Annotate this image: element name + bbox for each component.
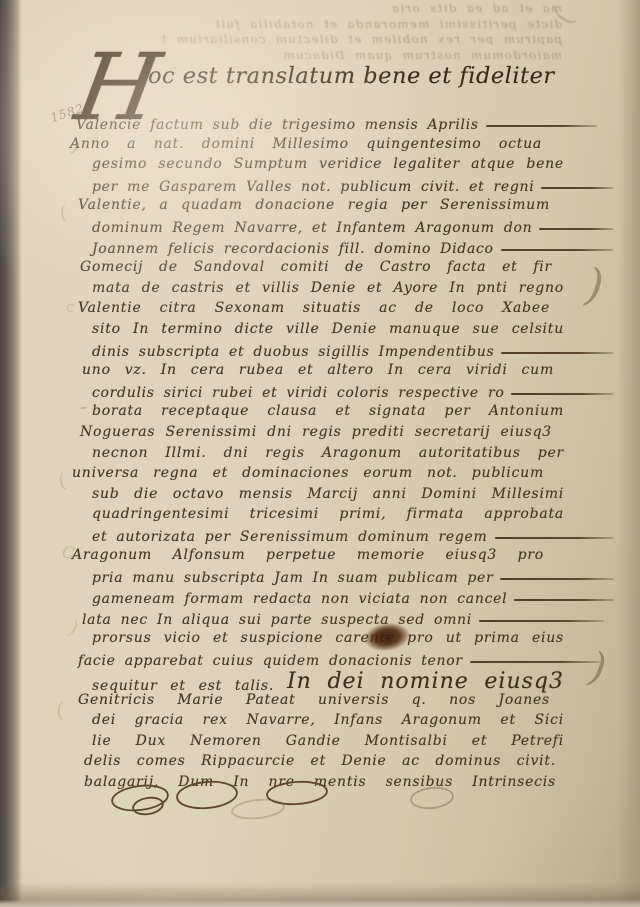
margin-flourish-mark: (: [55, 469, 69, 490]
manuscript-line: sequitur et est talis. In dei nomine eiu…: [92, 671, 564, 692]
manuscript-line: Valentie citra Sexonam situatis ac de lo…: [78, 300, 550, 321]
line-filler-stroke: [479, 620, 604, 622]
manuscript-line: per me Gasparem Valles not. publicum civ…: [92, 177, 614, 198]
page-right-edge: [618, 0, 640, 907]
line-filler-stroke: [501, 352, 614, 354]
manuscript-line: Joannem felicis recordacionis fill. domi…: [92, 239, 614, 260]
line-filler-stroke: [511, 393, 614, 395]
line-text: gameneam formam redacta non viciata non …: [92, 591, 507, 607]
line-filler-stroke: [501, 249, 614, 251]
page-bottom-edge: [0, 882, 640, 907]
manuscript-line: et autorizata per Serenissimum dominum r…: [92, 527, 614, 548]
manuscript-line: Aragonum Alfonsum perpetue memorie eiusq…: [72, 547, 544, 568]
manuscript-line: prorsus vicio et suspicione carente pro …: [92, 630, 564, 651]
manuscript-text-block: H oc est translatum bene et fideliterVal…: [92, 54, 612, 795]
manuscript-photo: ma et ad ea dits oriadicte peritissimi m…: [0, 0, 640, 907]
bleed-through-line: papirum per rex nobilem et dilectum cons…: [126, 32, 562, 48]
manuscript-line: uno vz. In cera rubea et altero In cera …: [82, 362, 554, 383]
line-filler-stroke: [470, 661, 600, 663]
margin-flourish-mark: c: [66, 300, 74, 315]
manuscript-line: pria manu subscripta Jam In suam publica…: [92, 568, 614, 589]
manuscript-line: quadringentesimi tricesimi primi, firmat…: [92, 506, 564, 527]
margin-flourish-mark: ): [68, 619, 79, 638]
manuscript-line: sito In termino dicte ville Denie manuqu…: [92, 321, 564, 342]
manuscript-line: lie Dux Nemoren Gandie Montisalbi et Pet…: [92, 733, 564, 754]
flourish-loops: [98, 779, 498, 829]
margin-flourish-mark: (: [58, 204, 69, 223]
manuscript-line: mata de castris et villis Denie et Ayore…: [92, 280, 564, 301]
margin-flourish-mark: (: [54, 699, 65, 720]
bleed-through-line: ma et ad ea dits oria: [126, 1, 562, 17]
display-phrase: In dei nomine eiusq3: [287, 669, 564, 694]
line-text: pria manu subscripta Jam In suam publica…: [92, 570, 493, 586]
line-text: cordulis sirici rubei et viridi coloris …: [92, 385, 504, 401]
manuscript-line: dinis subscripta et duobus sigillis Impe…: [92, 342, 614, 363]
line-filler-stroke: [514, 599, 614, 601]
line-text: lata nec In aliqua sui parte suspecta se…: [82, 612, 472, 628]
manuscript-line: Nogueras Serenissimi dni regis prediti s…: [80, 424, 552, 445]
line-filler-stroke: [486, 125, 598, 127]
line-text: dominum Regem Navarre, et Infantem Arago…: [92, 220, 532, 236]
manuscript-line: dominum Regem Navarre, et Infantem Arago…: [92, 218, 614, 239]
manuscript-line: oc est translatum bene et fideliter: [92, 54, 564, 115]
line-filler-stroke: [495, 537, 615, 539]
manuscript-line: lata nec In aliqua sui parte suspecta se…: [82, 609, 604, 630]
manuscript-line: Valencie factum sub die trigesimo mensis…: [76, 115, 598, 136]
manuscript-line: facie apparebat cuius quidem donacionis …: [78, 650, 600, 671]
line-text: dinis subscripta et duobus sigillis Impe…: [92, 344, 494, 360]
line-filler-stroke: [539, 228, 614, 230]
line-text: facie apparebat cuius quidem donacionis …: [78, 653, 463, 669]
margin-flourish-mark: –: [79, 400, 88, 415]
manuscript-line: Gomecij de Sandoval comiti de Castro fac…: [80, 259, 552, 280]
manuscript-line: gameneam formam redacta non viciata non …: [92, 589, 614, 610]
manuscript-line: borata receptaque clausa et signata per …: [92, 403, 564, 424]
page-gutter-edge: [0, 0, 22, 907]
manuscript-line: Valentie, a quadam donacione regia per S…: [78, 197, 550, 218]
manuscript-line: delis comes Rippacurcie et Denie ac domi…: [84, 753, 556, 774]
manuscript-line: Genitricis Marie Pateat universis q. nos…: [78, 692, 550, 713]
manuscript-line: cordulis sirici rubei et viridi coloris …: [92, 383, 614, 404]
manuscript-line: universa regna et dominaciones eorum not…: [72, 465, 544, 486]
line-filler-stroke: [500, 578, 614, 580]
decorated-initial-capital: H: [70, 42, 166, 134]
manuscript-line: gesimo secundo Sumptum veridice legalite…: [92, 156, 564, 177]
manuscript-line: dei gracia rex Navarre, Infans Aragonum …: [92, 712, 564, 733]
line-filler-stroke: [541, 187, 614, 189]
bleed-through-line: dicte peritissimi memoranda et notabilia…: [126, 17, 562, 33]
line-text: Joannem felicis recordacionis fill. domi…: [92, 241, 494, 257]
manuscript-line: sub die octavo mensis Marcij anni Domini…: [92, 486, 564, 507]
line-text: per me Gasparem Valles not. publicum civ…: [92, 179, 534, 195]
manuscript-line: necnon Illmi. dni regis Aragonum autorit…: [92, 445, 564, 466]
line-text: et autorizata per Serenissimum dominum r…: [92, 529, 488, 545]
